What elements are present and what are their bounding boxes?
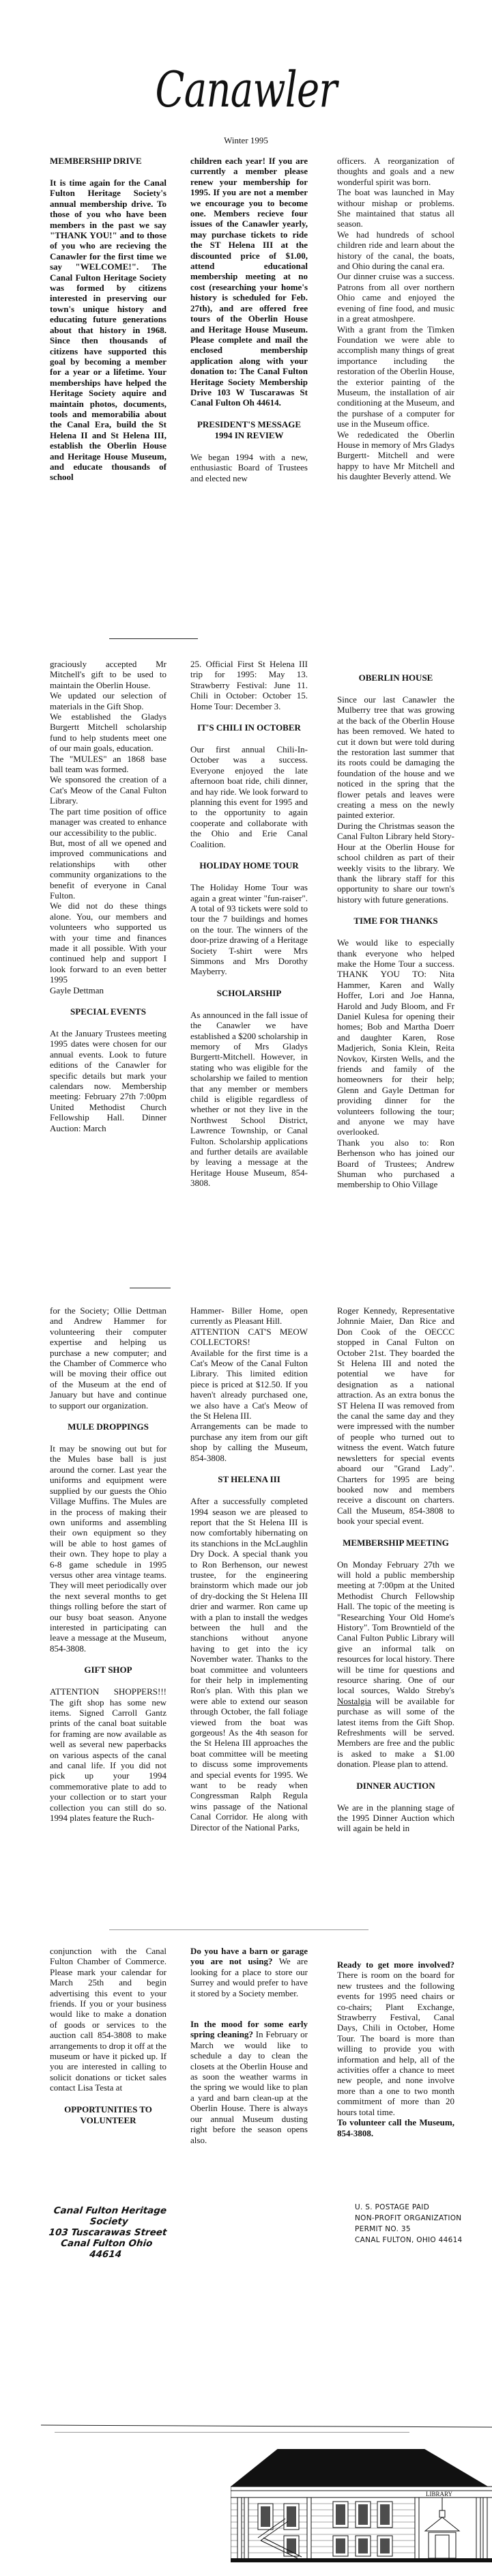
- membership-drive-heading: MEMBERSHIP DRIVE: [50, 156, 167, 167]
- page4-column-3: Ready to get more involved? There is roo…: [337, 1959, 454, 2138]
- page4-column-2: Do you have a barn or garage you are not…: [190, 1946, 308, 2145]
- postage-line: CANAL FULTON, OHIO 44614: [355, 2235, 491, 2246]
- dinner-auction-body: We are in the planning stage of the 1995…: [337, 1802, 454, 1834]
- page2-column-1: graciously accepted Mr Mitchell's gift t…: [50, 659, 167, 1133]
- meeting-text: On Monday February 27th we will hold a p…: [337, 1559, 454, 1696]
- return-address-line: Canal Fulton Ohio 44614: [44, 2238, 169, 2260]
- presidents-message-heading: PRESIDENT'S MESSAGE 1994 IN REVIEW: [190, 419, 308, 441]
- dinner-auction-heading: DINNER AUCTION: [337, 1781, 454, 1792]
- mule-droppings-body: It may be snowing out but for the Mules …: [50, 1443, 167, 1654]
- review-paragraph: We sponsored the creation of a Cat's Meo…: [50, 774, 167, 806]
- time-for-thanks-heading: TIME FOR THANKS: [337, 916, 454, 926]
- page1-column-3: officers. A reorganization of thoughts a…: [337, 156, 454, 482]
- st-helena-body-cont: Roger Kennedy, Representative Johnnie Ma…: [337, 1305, 454, 1527]
- page-divider: [109, 638, 198, 639]
- membership-drive-body: It is time again for the Canal Fulton He…: [50, 178, 167, 483]
- special-events-body: At the January Trustees meeting 1995 dat…: [50, 1028, 167, 1133]
- membership-meeting-heading: MEMBERSHIP MEETING: [337, 1538, 454, 1548]
- return-address-line: 103 Tuscarawas Street: [46, 2227, 170, 2238]
- page4-column-1: conjunction with the Canal Fulton Chambe…: [50, 1946, 167, 2137]
- return-address: Canal Fulton Heritage Society 103 Tuscar…: [44, 2205, 172, 2260]
- postage-indicia: U. S. POSTAGE PAID NON-PROFIT ORGANIZATI…: [355, 2202, 491, 2246]
- president-signature: Gayle Dettman: [50, 985, 167, 995]
- review-paragraph: We rededicated the Oberlin House in memo…: [337, 429, 454, 482]
- review-paragraph: graciously accepted Mr Mitchell's gift t…: [50, 659, 167, 690]
- gift-shop-body: ATTENTION SHOPPERS!!! The gift shop has …: [50, 1686, 167, 1823]
- review-paragraph: The boat was launched in May withour mis…: [337, 187, 454, 229]
- page3-column-2: Hammer- Biller Home, open currently as P…: [190, 1305, 308, 1832]
- presidents-message-intro: We began 1994 with a new, enthusiastic B…: [190, 452, 308, 483]
- membership-drive-body-cont: children each year! If you are currently…: [190, 156, 308, 408]
- page-divider: [109, 1929, 368, 1930]
- st-helena-body: After a successfully completed 1994 seas…: [190, 1496, 308, 1832]
- page1-column-1: MEMBERSHIP DRIVE It is time again for th…: [50, 156, 167, 483]
- review-paragraph: We had hundreds of school children ride …: [337, 229, 454, 272]
- page2-column-2: 25. Official First St Helena III trip fo…: [190, 659, 308, 1189]
- dinner-auction-body-cont: conjunction with the Canal Fulton Chambe…: [50, 1946, 167, 2093]
- scholarship-heading: SCHOLARSHIP: [190, 988, 308, 999]
- thanks-body-cont: for the Society; Ollie Dettman and Andre…: [50, 1305, 167, 1411]
- spring-cleaning-paragraph: In the mood for some early spring cleani…: [190, 2019, 308, 2145]
- thanks-paragraph: We would like to especially thank everyo…: [337, 937, 454, 1137]
- meeting-text: will be available for purchase as will s…: [337, 1696, 454, 1769]
- page-divider: [130, 1288, 171, 1288]
- review-paragraph: officers. A reorganization of thoughts a…: [337, 156, 454, 187]
- special-events-heading: SPECIAL EVENTS: [50, 1006, 167, 1017]
- oberlin-paragraph: During the Christmas season the Canal Fu…: [337, 821, 454, 905]
- fold-line: [41, 2425, 492, 2428]
- special-events-body-cont: 25. Official First St Helena III trip fo…: [190, 659, 308, 711]
- fold-line: [55, 2432, 409, 2433]
- gift-arrangements: Arrangements can be made to purchase any…: [190, 1421, 308, 1463]
- review-paragraph: We did not do these things alone. You, o…: [50, 901, 167, 985]
- page3-column-1: for the Society; Ollie Dettman and Andre…: [50, 1305, 167, 1823]
- postage-line: U. S. POSTAGE PAID: [355, 2202, 491, 2213]
- library-sign: LIBRARY: [426, 2491, 453, 2497]
- scholarship-body: As announced in the fall issue of the Ca…: [190, 1010, 308, 1189]
- review-paragraph: But, most of all we opened and improved …: [50, 838, 167, 901]
- oberlin-paragraph: Since our last Canawler the Mulberry tre…: [337, 694, 454, 821]
- page2-column-3: OBERLIN HOUSE Since our last Canawler th…: [337, 673, 454, 1190]
- st-helena-heading: ST HELENA III: [190, 1474, 308, 1485]
- chili-heading: IT'S CHILI IN OCTOBER: [190, 722, 308, 733]
- review-paragraph: We updated our selection of materials in…: [50, 690, 167, 711]
- review-paragraph: The "MULES" an 1868 base ball team was f…: [50, 754, 167, 775]
- barn-paragraph: Do you have a barn or garage you are not…: [190, 1946, 308, 1998]
- oberlin-house-heading: OBERLIN HOUSE: [337, 673, 454, 683]
- issue-date: Winter 1995: [0, 135, 492, 146]
- return-address-line: Canal Fulton Heritage Society: [47, 2205, 172, 2227]
- gift-shop-heading: GIFT SHOP: [50, 1665, 167, 1675]
- cats-meow-title: ATTENTION CAT'S MEOW COLLECTORS!: [190, 1327, 308, 1348]
- opportunities-heading: OPPORTUNITIES TO VOLUNTEER: [50, 2104, 167, 2126]
- home-tour-heading: HOLIDAY HOME TOUR: [190, 860, 308, 871]
- postage-line: NON-PROFIT ORGANIZATION: [355, 2213, 491, 2224]
- review-paragraph: With a grant from the Timken Foundation …: [337, 324, 454, 429]
- chili-body: Our first annual Chili-In-October was a …: [190, 744, 308, 849]
- mule-droppings-heading: MULE DROPPINGS: [50, 1421, 167, 1432]
- newsletter-title: Canawler: [54, 65, 437, 114]
- review-paragraph: The part time position of office manager…: [50, 806, 167, 838]
- membership-meeting-body: On Monday February 27th we will hold a p…: [337, 1559, 454, 1770]
- page1-column-2: children each year! If you are currently…: [190, 156, 308, 483]
- page3-column-3: Roger Kennedy, Representative Johnnie Ma…: [337, 1305, 454, 1834]
- home-tour-body: The Holiday Home Tour was again a great …: [190, 882, 308, 977]
- ready-lead: Ready to get more involved?: [337, 1959, 454, 1970]
- get-involved-paragraph: Ready to get more involved? There is roo…: [337, 1959, 454, 2117]
- gift-shop-body-cont: Hammer- Biller Home, open currently as P…: [190, 1305, 308, 1327]
- review-paragraph: Our dinner cruise was a success. Patrons…: [337, 271, 454, 324]
- volunteer-call: To volunteer call the Museum, 854-3808.: [337, 2117, 454, 2138]
- ready-body: There is room on the board for new trust…: [337, 1970, 454, 2117]
- library-building-illustration: LIBRARY: [231, 2449, 492, 2565]
- spring-body: In February or March we would like to sc…: [190, 2029, 308, 2145]
- nostalgia-book-title: Nostalgia: [337, 1696, 371, 1706]
- postage-line: PERMIT NO. 35: [355, 2224, 491, 2235]
- review-paragraph: We established the Gladys Burgertt Mitch…: [50, 711, 167, 754]
- thanks-paragraph: Thank you also to: Ron Berhenson who has…: [337, 1137, 454, 1190]
- cats-meow-body: Available for the first time is a Cat's …: [190, 1348, 308, 1421]
